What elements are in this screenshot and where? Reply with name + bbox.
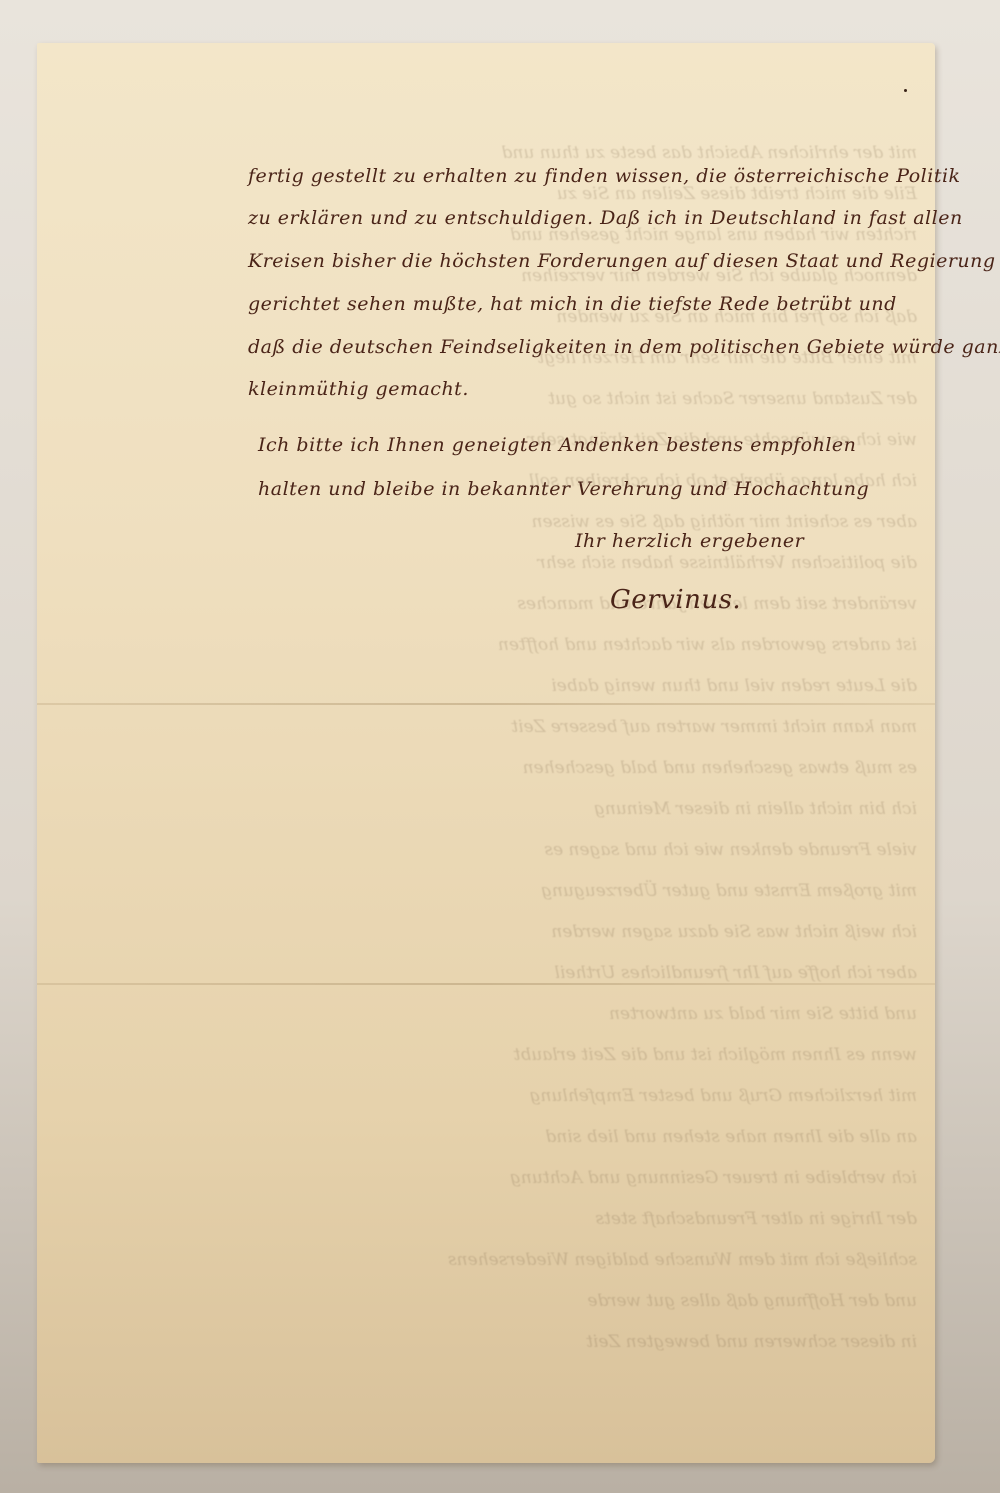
letter-body-line: fertig gestellt zu erhalten zu finden wi… [248,165,961,187]
letter-body-line: daß die deutschen Feindseligkeiten in de… [248,336,1000,358]
closing-line: Ich bitte ich Ihnen geneigten Andenken b… [258,434,856,456]
ink-speck [904,89,907,92]
bleed-through-text: mit der ehrlichen Absicht das beste zu t… [77,133,917,1363]
letter-body-line: Kreisen bisher die höchsten Forderungen … [248,250,996,272]
letter-body-line: zu erklären und zu entschuldigen. Daß ic… [248,207,963,229]
letter-body-line: gerichtet sehen mußte, hat mich in die t… [248,293,897,315]
signature: Gervinus. [610,585,741,615]
valediction: Ihr herzlich ergebener [575,530,804,552]
letter-body-line: kleinmüthig gemacht. [248,378,469,400]
closing-line: halten und bleibe in bekannter Verehrung… [258,478,869,500]
